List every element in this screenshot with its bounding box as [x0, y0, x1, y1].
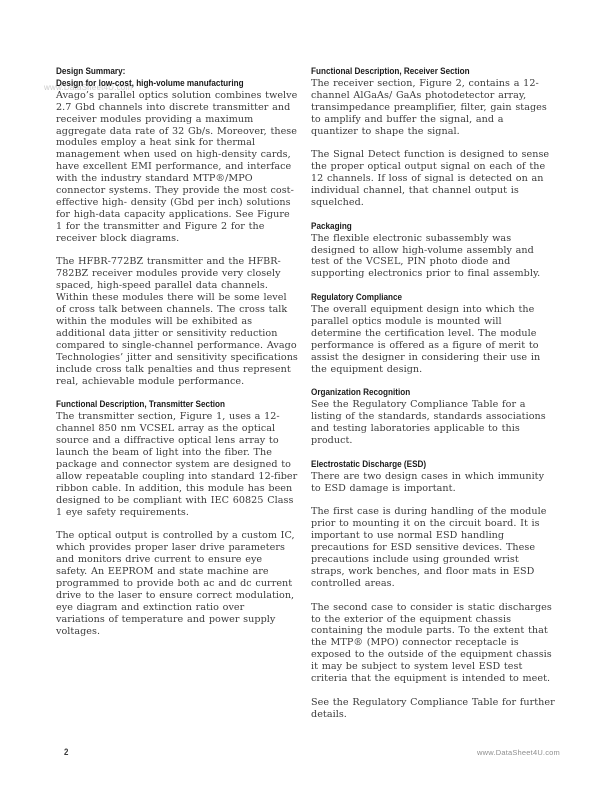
document-page: www.DataSheet4U.com Design Summary: Desi…	[0, 0, 612, 792]
page-footer: 2 www.DataSheet4U.com	[64, 747, 560, 757]
paragraph: See the Regulatory Compliance Table for …	[311, 399, 564, 447]
paragraph: The Signal Detect function is designed t…	[311, 149, 564, 209]
paragraph: The first case is during handling of the…	[311, 506, 564, 589]
page-content: Design Summary: Design for low-cost, hig…	[56, 66, 564, 721]
section-heading: Organization Recognition	[311, 387, 526, 399]
section-heading: Packaging	[311, 221, 526, 233]
right-column: Functional Description, Receiver Section…	[311, 66, 564, 721]
section-heading: Electrostatic Discharge (ESD)	[311, 459, 526, 471]
paragraph: The second case to consider is static di…	[311, 602, 564, 685]
paragraph: Avago’s parallel optics solution combine…	[56, 90, 309, 245]
paragraph: The optical output is controlled by a cu…	[56, 530, 309, 637]
paragraph: The receiver section, Figure 2, contains…	[311, 78, 564, 138]
section-heading: Design Summary: Design for low-cost, hig…	[56, 66, 271, 90]
paragraph: There are two design cases in which immu…	[311, 471, 564, 495]
paragraph: The transmitter section, Figure 1, uses …	[56, 411, 309, 518]
section-heading: Functional Description, Transmitter Sect…	[56, 399, 271, 411]
paragraph: See the Regulatory Compliance Table for …	[311, 697, 564, 721]
paragraph: The flexible electronic subassembly was …	[311, 233, 564, 281]
paragraph: The HFBR-772BZ transmitter and the HFBR-…	[56, 256, 309, 387]
section-heading: Regulatory Compliance	[311, 292, 526, 304]
page-number: 2	[64, 747, 68, 757]
left-column: Design Summary: Design for low-cost, hig…	[56, 66, 309, 721]
section-heading: Functional Description, Receiver Section	[311, 66, 526, 78]
paragraph: The overall equipment design into which …	[311, 304, 564, 375]
footer-url: www.DataSheet4U.com	[477, 748, 560, 757]
